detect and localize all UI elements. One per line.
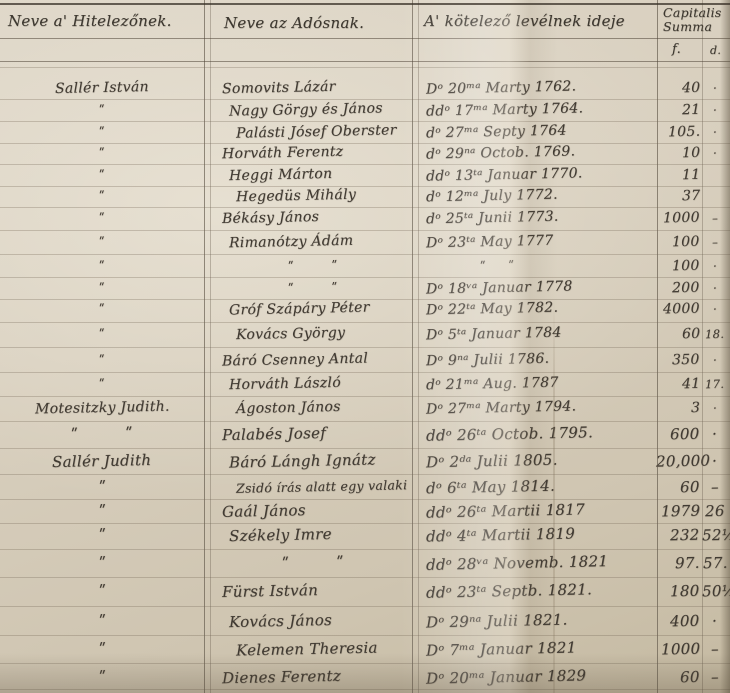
sum-d-cell: · (702, 347, 728, 373)
sum-f-cell: 41 (656, 371, 704, 397)
table-row: ʺZsidó írás alatt egy valakidᵒ 6ᵗᵃ May 1… (0, 474, 730, 500)
sum-d-cell: · (702, 395, 728, 421)
row-rule (0, 606, 730, 607)
sum-f-cell: 350 (656, 347, 704, 373)
header-rule (0, 38, 730, 39)
date-cell: ddᵒ 4ᵗᵃ Martii 1819 (420, 522, 662, 548)
sum-f-cell: 97. (656, 550, 704, 576)
creditor-cell: ʺ (0, 664, 204, 690)
sum-f-cell: 1000 (656, 636, 704, 662)
sum-f-cell: 232 (656, 522, 704, 548)
row-rule (0, 143, 730, 144)
creditor-cell: ʺ (0, 371, 204, 397)
creditor-cell: ʺ (0, 205, 204, 231)
creditor-cell: ʺ (0, 522, 204, 548)
table-row: ʺDienes FerentzDᵒ 20ᵐᵃ Januar 182960– (0, 664, 730, 690)
sum-d-cell: – (702, 205, 728, 231)
sum-d-cell: – (702, 474, 728, 500)
row-rule (0, 322, 730, 323)
sum-d-cell: · (702, 421, 728, 447)
row-rule (0, 121, 730, 122)
creditor-cell: ʺ (0, 229, 204, 255)
date-cell: Dᵒ 23ᵗᵃ May 1777 (420, 229, 662, 255)
debtor-cell: Dienes Ferentz (212, 664, 424, 690)
row-rule (0, 230, 730, 231)
debtor-cell: Palabés Josef (212, 421, 424, 447)
sum-f-cell: 600 (656, 421, 704, 447)
debtor-cell: Békásy János (212, 205, 424, 231)
row-rule (0, 396, 730, 397)
debtor-cell: Gaál János (212, 498, 424, 524)
sum-f-cell: 3 (656, 395, 704, 421)
row-rule (0, 254, 730, 255)
table-row: ʺKelemen TheresiaDᵒ 7ᵐᵃ Januar 18211000– (0, 636, 730, 662)
debtor-cell: Ágoston János (212, 395, 438, 421)
date-cell: dᵒ 21ᵐᵃ Aug. 1787 (420, 371, 662, 397)
subheader-rule (0, 61, 730, 62)
row-rule (0, 663, 730, 664)
row-rule (0, 421, 730, 422)
date-cell: Dᵒ 29ⁿᵃ Julii 1821. (420, 608, 662, 634)
row-rule (0, 635, 730, 636)
row-rule (0, 523, 730, 524)
row-rule (0, 67, 730, 68)
sum-d-cell: 50½ (702, 578, 728, 604)
row-rule (0, 207, 730, 208)
header-creditor: Neve a' Hitelezőnek. (8, 12, 172, 30)
row-rule (0, 549, 730, 550)
table-row: ʺFürst Istvánddᵒ 23ᵗᵃ Septb. 1821.18050½ (0, 578, 730, 604)
date-cell: Dᵒ 5ᵗᵃ Januar 1784 (420, 321, 662, 347)
sum-d-cell: 52½ (702, 522, 728, 548)
creditor-cell: ʺ (0, 474, 204, 500)
row-rule (0, 689, 730, 690)
debtor-cell: Báró Csenney Antal (212, 347, 424, 373)
creditor-cell: ʺ (0, 550, 204, 576)
sum-f-cell: 60 (656, 321, 704, 347)
row-rule (0, 186, 730, 187)
creditor-cell: ʺ (0, 321, 204, 347)
row-rule (0, 299, 730, 300)
debtor-cell: Zsidó írás alatt egy valaki (212, 474, 438, 500)
table-row: ʺBékásy Jánosdᵒ 25ᵗᵃ Junii 1773.1000– (0, 205, 730, 231)
header-date: A' kötelező levélnek ideje (424, 12, 625, 30)
creditor-cell: ʺ (0, 578, 204, 604)
creditor-cell: ʺ (0, 608, 204, 634)
debtor-cell: Rimanótzy Ádám (212, 229, 431, 255)
creditor-cell: ʺ (0, 498, 204, 524)
sum-d-cell: · (702, 448, 728, 474)
row-rule (0, 372, 730, 373)
creditor-cell: Sallér Judith (0, 448, 204, 474)
sum-f-cell: 60 (656, 474, 704, 500)
header-debtor: Neve az Adósnak. (224, 14, 364, 32)
table-row: ʺRimanótzy ÁdámDᵒ 23ᵗᵃ May 1777100– (0, 229, 730, 255)
debtor-cell: Kovács János (212, 608, 431, 634)
debtor-cell: Kovács György (212, 321, 438, 347)
debtor-cell: Horváth László (212, 371, 431, 397)
header-capital-summa: Capitalis Summa (663, 6, 725, 34)
date-cell: Dᵒ 7ᵐᵃ Januar 1821 (420, 636, 662, 662)
sum-d-cell: – (702, 664, 728, 690)
sum-d-cell: 18. (702, 321, 728, 347)
sum-d-cell: 57. (702, 550, 728, 576)
table-row: ʺ ʺPalabés Josefddᵒ 26ᵗᵃ Octob. 1795.600… (0, 421, 730, 447)
row-rule (0, 577, 730, 578)
header-sub-d: d. (710, 44, 721, 57)
sum-f-cell: 60 (656, 664, 704, 690)
sum-d-cell: 26 (702, 498, 728, 524)
row-rule (0, 99, 730, 100)
table-row: ʺKovács GyörgyDᵒ 5ᵗᵃ Januar 17846018. (0, 321, 730, 347)
debtor-cell: Székely Imre (212, 522, 431, 548)
table-top-border (0, 3, 730, 5)
sum-d-cell: – (702, 636, 728, 662)
creditor-cell: ʺ ʺ (0, 421, 204, 447)
row-rule (0, 277, 730, 278)
debtor-cell: Fürst István (212, 578, 424, 604)
table-row: ʺʺ ʺddᵒ 28ᵛᵃ Novemb. 182197.57. (0, 550, 730, 576)
sum-f-cell: 20,000 (656, 448, 704, 474)
sum-d-cell: – (702, 229, 728, 255)
sum-f-cell: 180 (656, 578, 704, 604)
table-row: Motesitzky Judith.Ágoston JánosDᵒ 27ᵐᵃ M… (0, 395, 730, 421)
debtor-cell: Báró Lángh Ignátz (212, 448, 431, 474)
sum-f-cell: 100 (656, 229, 704, 255)
date-cell: ddᵒ 26ᵗᵃ Martii 1817 (420, 498, 662, 524)
row-rule (0, 164, 730, 165)
debtor-cell: Kelemen Theresia (212, 636, 438, 662)
sum-d-cell: 17. (702, 371, 728, 397)
header-sub-f: f. (672, 42, 681, 57)
creditor-cell: ʺ (0, 347, 204, 373)
sum-f-cell: 1979 (656, 498, 704, 524)
ledger-page: Neve a' Hitelezőnek. Neve az Adósnak. A'… (0, 0, 730, 693)
row-rule (0, 347, 730, 348)
sum-f-cell: 400 (656, 608, 704, 634)
date-cell: ddᵒ 28ᵛᵃ Novemb. 1821 (420, 550, 662, 576)
creditor-cell: Motesitzky Judith. (0, 395, 204, 421)
table-row: ʺKovács JánosDᵒ 29ⁿᵃ Julii 1821.400· (0, 608, 730, 634)
date-cell: Dᵒ 20ᵐᵃ Januar 1829 (420, 664, 662, 690)
table-row: ʺSzékely Imreddᵒ 4ᵗᵃ Martii 181923252½ (0, 522, 730, 548)
sum-f-cell: 1000 (656, 205, 704, 231)
table-row: ʺGaál Jánosddᵒ 26ᵗᵃ Martii 1817197926 (0, 498, 730, 524)
date-cell: ddᵒ 26ᵗᵃ Octob. 1795. (420, 421, 662, 447)
sum-d-cell: · (702, 608, 728, 634)
table-row: ʺHorváth Lászlódᵒ 21ᵐᵃ Aug. 17874117. (0, 371, 730, 397)
row-rule (0, 448, 730, 449)
row-rule (0, 499, 730, 500)
date-cell: dᵒ 6ᵗᵃ May 1814. (420, 474, 662, 500)
creditor-cell: ʺ (0, 636, 204, 662)
table-row: ʺBáró Csenney AntalDᵒ 9ⁿᵃ Julii 1786.350… (0, 347, 730, 373)
date-cell: ddᵒ 23ᵗᵃ Septb. 1821. (420, 578, 662, 604)
date-cell: Dᵒ 2ᵈᵃ Julii 1805. (420, 448, 662, 474)
debtor-cell: ʺ ʺ (212, 550, 414, 576)
date-cell: Dᵒ 27ᵐᵃ Marty 1794. (420, 395, 662, 421)
row-rule (0, 474, 730, 475)
table-row: Sallér JudithBáró Lángh IgnátzDᵒ 2ᵈᵃ Jul… (0, 448, 730, 474)
